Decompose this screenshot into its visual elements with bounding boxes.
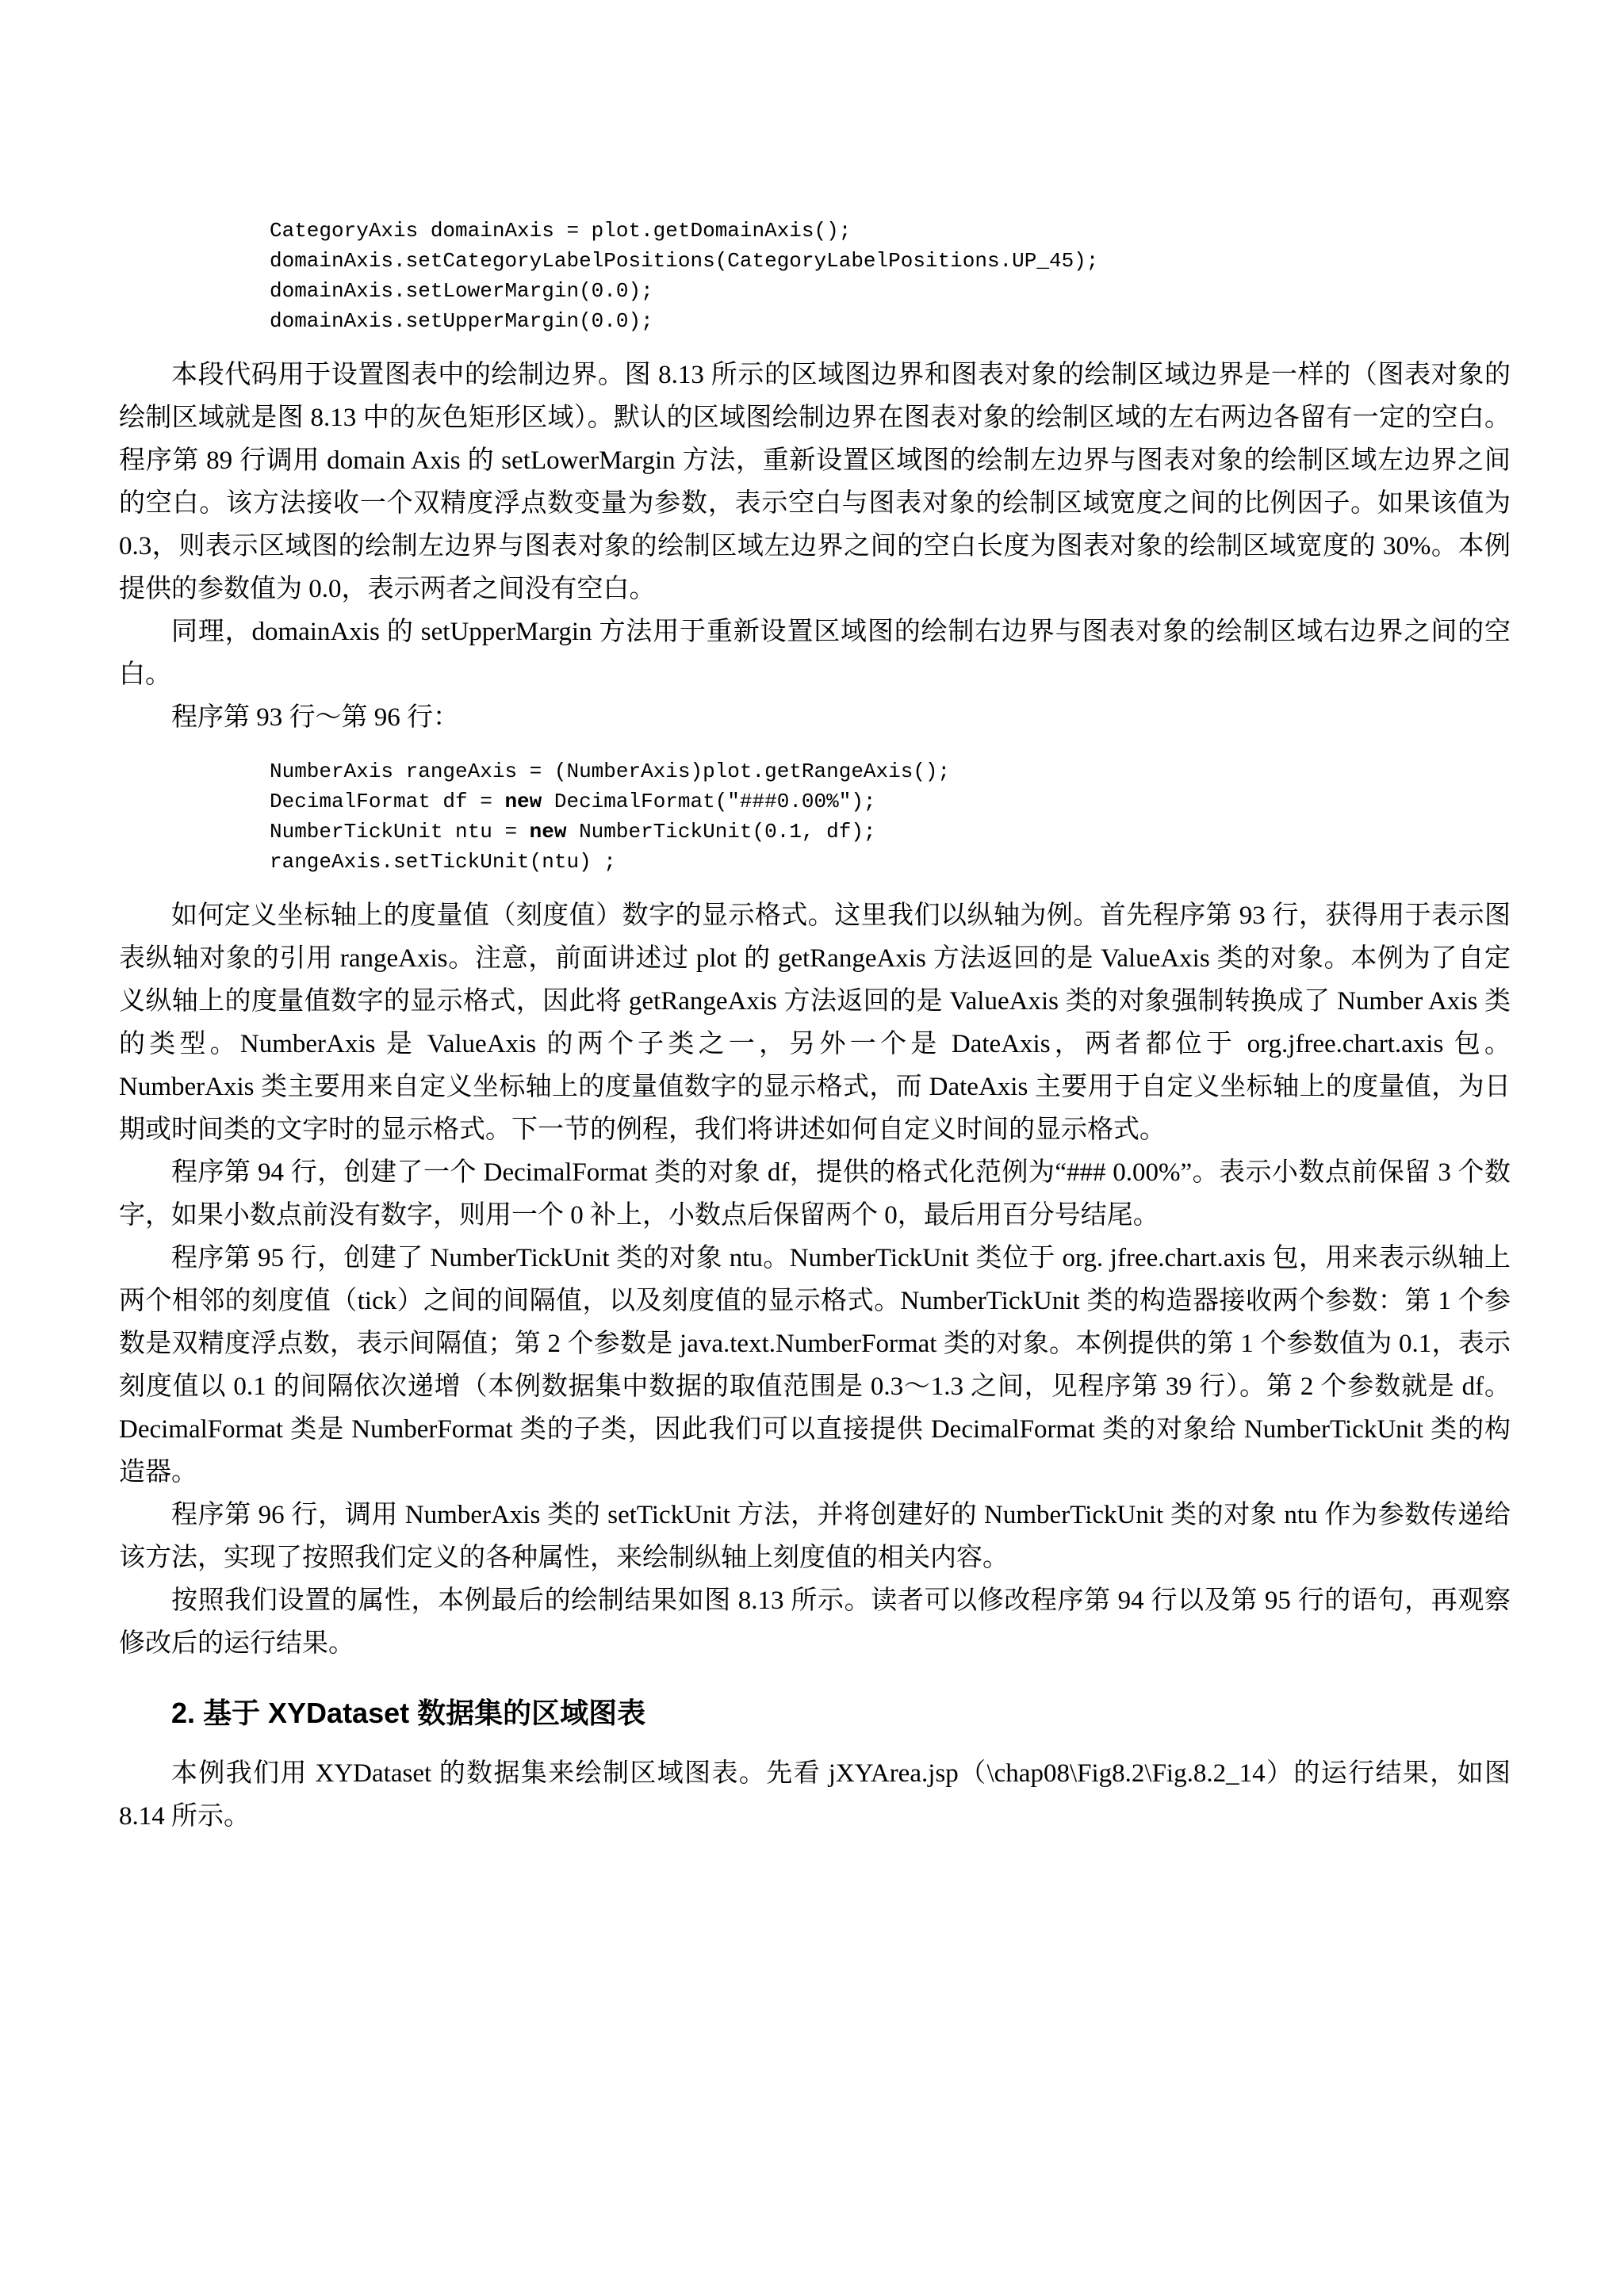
paragraph-xyarea-example-intro: 本例我们用 XYDataset 的数据集来绘制区域图表。先看 jXYArea.j… — [119, 1752, 1511, 1838]
code-line: NumberAxis rangeAxis = (NumberAxis)plot.… — [270, 756, 1511, 786]
document-page: CategoryAxis domainAxis = plot.getDomain… — [0, 0, 1624, 2296]
code-block-range-axis: NumberAxis rangeAxis = (NumberAxis)plot.… — [270, 756, 1511, 877]
section-heading-xydataset-area-chart: 2. 基于 XYDataset 数据集的区域图表 — [171, 1693, 1511, 1733]
code-line: domainAxis.setLowerMargin(0.0); — [270, 276, 1511, 306]
code-line: domainAxis.setCategoryLabelPositions(Cat… — [270, 246, 1511, 276]
paragraph-lines-93-96-intro: 程序第 93 行～第 96 行： — [119, 696, 1511, 739]
code-line: rangeAxis.setTickUnit(ntu) ; — [270, 847, 1511, 877]
paragraph-upper-margin: 同理，domainAxis 的 setUpperMargin 方法用于重新设置区… — [119, 610, 1511, 696]
code-keyword-new: new — [504, 790, 542, 813]
code-block-domain-axis: CategoryAxis domainAxis = plot.getDomain… — [270, 216, 1511, 336]
code-text: NumberTickUnit ntu = — [270, 820, 530, 844]
paragraph-margin-explanation: 本段代码用于设置图表中的绘制边界。图 8.13 所示的区域图边界和图表对象的绘制… — [119, 354, 1511, 610]
code-text: DecimalFormat df = — [270, 790, 504, 813]
paragraph-line-95-numbertickunit: 程序第 95 行，创建了 NumberTickUnit 类的对象 ntu。Num… — [119, 1237, 1511, 1494]
paragraph-tick-format-intro: 如何定义坐标轴上的度量值（刻度值）数字的显示格式。这里我们以纵轴为例。首先程序第… — [119, 894, 1511, 1151]
paragraph-line-94-decimalformat: 程序第 94 行，创建了一个 DecimalFormat 类的对象 df，提供的… — [119, 1151, 1511, 1237]
code-keyword-new: new — [530, 820, 567, 844]
paragraph-result-figure-813: 按照我们设置的属性，本例最后的绘制结果如图 8.13 所示。读者可以修改程序第 … — [119, 1579, 1511, 1665]
paragraph-line-96-settickunit: 程序第 96 行，调用 NumberAxis 类的 setTickUnit 方法… — [119, 1494, 1511, 1579]
code-line: NumberTickUnit ntu = new NumberTickUnit(… — [270, 817, 1511, 847]
code-line: CategoryAxis domainAxis = plot.getDomain… — [270, 216, 1511, 246]
code-text: DecimalFormat("###0.00%"); — [542, 790, 875, 813]
code-text: NumberTickUnit(0.1, df); — [566, 820, 875, 844]
code-line: domainAxis.setUpperMargin(0.0); — [270, 306, 1511, 336]
code-line: DecimalFormat df = new DecimalFormat("##… — [270, 786, 1511, 817]
